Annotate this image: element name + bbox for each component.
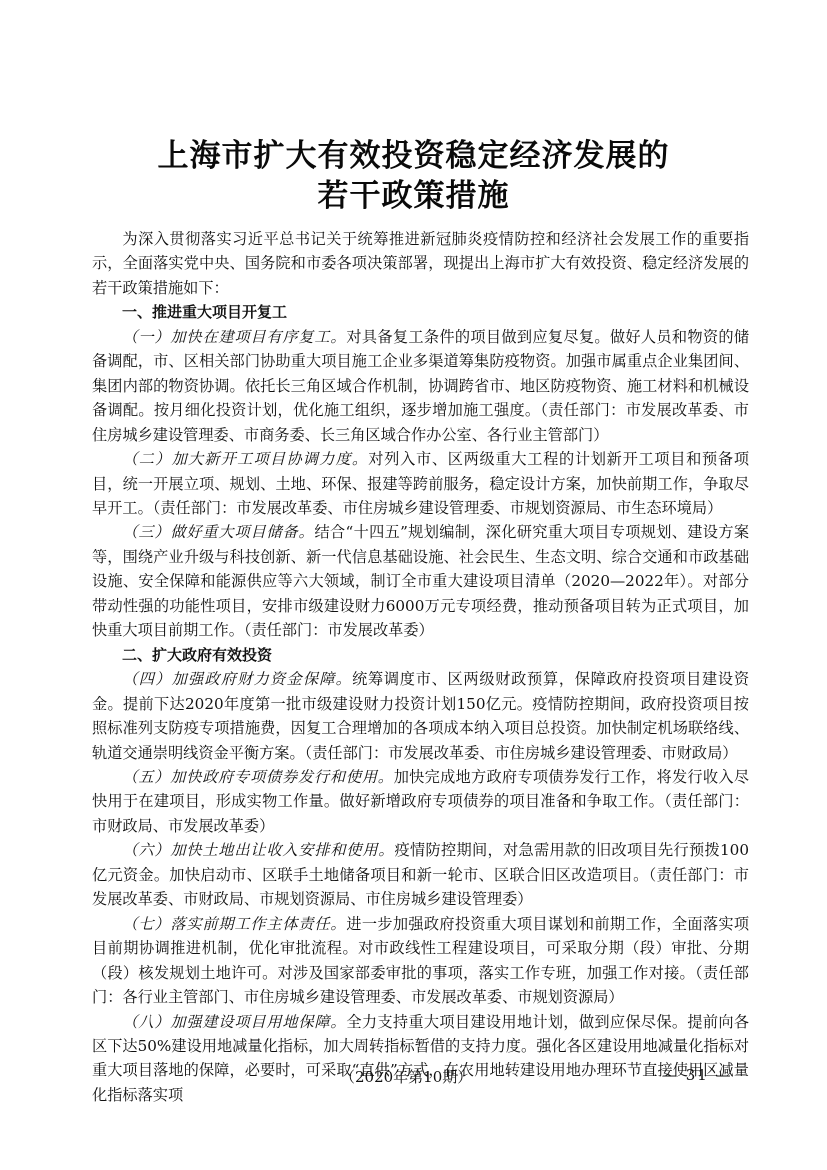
- policy-item-lead: （四）加强政府财力资金保障。: [122, 670, 352, 688]
- policy-item-4: （四）加强政府财力资金保障。统筹调度市、区两级财政预算，保障政府投资项目建设资金…: [92, 667, 749, 765]
- document-page: 上海市扩大有效投资稳定经济发展的 若干政策措施 为深入贯彻落实习近平总书记关于统…: [0, 0, 827, 1170]
- document-body: 为深入贯彻落实习近平总书记关于统筹推进新冠肺炎疫情防控和经济社会发展工作的重要指…: [92, 227, 749, 1107]
- issue-label: （2020年第10期）: [340, 1066, 472, 1087]
- policy-item-6: （六）加快土地出让收入安排和使用。疫情防控期间，对急需用款的旧改项目先行预拨10…: [92, 838, 749, 911]
- intro-paragraph: 为深入贯彻落实习近平总书记关于统筹推进新冠肺炎疫情防控和经济社会发展工作的重要指…: [92, 227, 749, 300]
- policy-item-lead: （六）加快土地出让收入安排和使用。: [122, 841, 394, 859]
- section-heading-1: 一、推进重大项目开复工: [92, 300, 749, 324]
- policy-item-lead: （一）加快在建项目有序复工。: [122, 328, 346, 346]
- policy-item-8: （八）加强建设项目用地保障。全力支持重大项目建设用地计划，做到应保尽保。提前向各…: [92, 1010, 749, 1108]
- policy-item-lead: （三）做好重大项目储备。: [122, 523, 314, 541]
- policy-item-lead: （二）加大新开工项目协调力度。: [122, 450, 368, 468]
- policy-item-5: （五）加快政府专项债券发行和使用。加快完成地方政府专项债券发行工作，将发行收入尽…: [92, 765, 749, 838]
- policy-item-7: （七）落实前期工作主体责任。进一步加强政府投资重大项目谋划和前期工作，全面落实项…: [92, 912, 749, 1010]
- policy-item-lead: （八）加强建设项目用地保障。: [122, 1013, 346, 1031]
- policy-item-1: （一）加快在建项目有序复工。对具备复工条件的项目做到应复尽复。做好人员和物资的储…: [92, 325, 749, 447]
- section-heading-2: 二、扩大政府有效投资: [92, 643, 749, 667]
- document-title-line-2: 若干政策措施: [0, 170, 827, 215]
- page-number: — 31 —: [662, 1066, 733, 1084]
- policy-item-3: （三）做好重大项目储备。结合“十四五”规划编制，深化研究重大项目专项规划、建设方…: [92, 520, 749, 642]
- policy-item-2: （二）加大新开工项目协调力度。对列入市、区两级重大工程的计划新开工项目和预备项目…: [92, 447, 749, 520]
- policy-item-lead: （五）加快政府专项债券发行和使用。: [122, 768, 393, 786]
- policy-item-lead: （七）落实前期工作主体责任。: [122, 915, 346, 933]
- document-title-line-1: 上海市扩大有效投资稳定经济发展的: [0, 130, 827, 175]
